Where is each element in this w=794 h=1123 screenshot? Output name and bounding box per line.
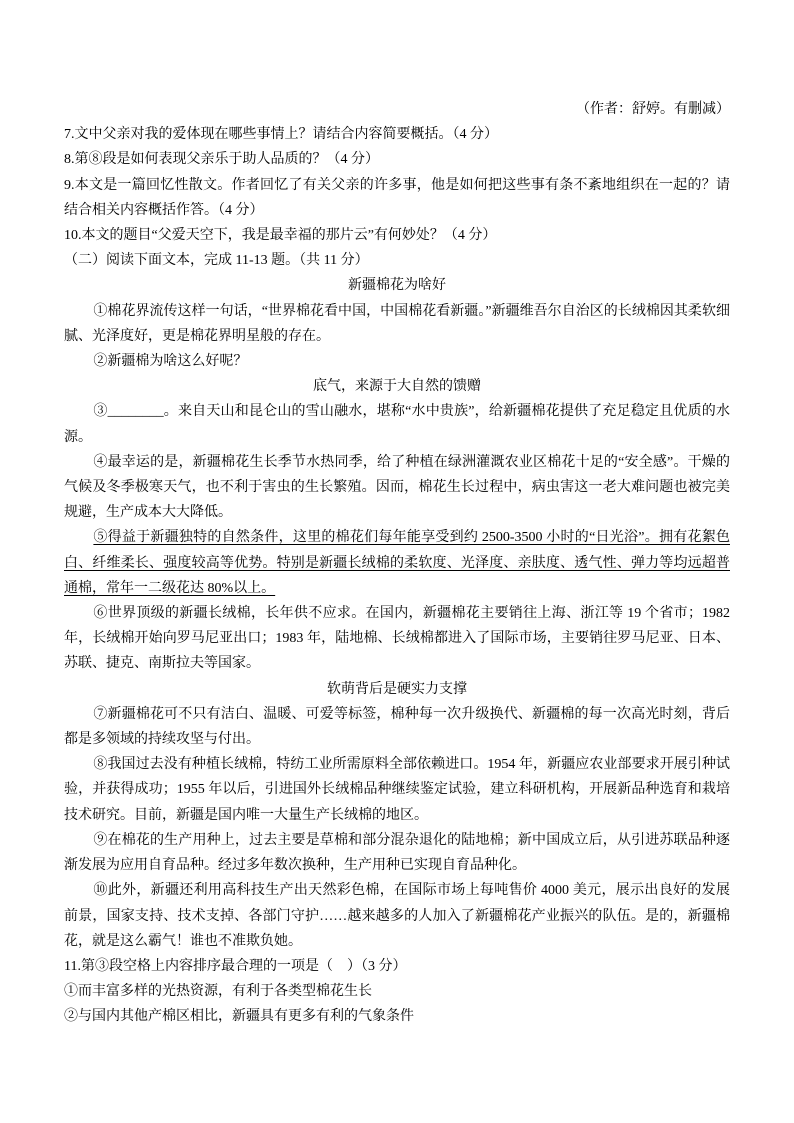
article-paragraph-9: ⑨在棉花的生产用种上，过去主要是草棉和部分混杂退化的陆地棉；新中国成立后，从引进… bbox=[64, 828, 730, 878]
question-10: 10.本文的题目“父爱天空下，我是最幸福的那片云”有何妙处？（4 分） bbox=[64, 223, 730, 248]
article-subheading-2: 软萌背后是硬实力支撑 bbox=[64, 677, 730, 702]
article-title: 新疆棉花为啥好 bbox=[64, 273, 730, 298]
question-8: 8.第⑧段是如何表现父亲乐于助人品质的？（4 分） bbox=[64, 147, 730, 172]
question-11-option-2: ②与国内其他产棉区相比，新疆具有更多有利的气象条件 bbox=[64, 1004, 730, 1029]
article-subheading-1: 底气，来源于大自然的馈赠 bbox=[64, 374, 730, 399]
article-paragraph-7: ⑦新疆棉花可不只有洁白、温暖、可爱等标签，棉种每一次升级换代、新疆棉的每一次高光… bbox=[64, 702, 730, 752]
author-credit: （作者：舒婷。有删减） bbox=[64, 97, 730, 122]
article-paragraph-10: ⑩此外，新疆还利用高科技生产出天然彩色棉，在国际市场上每吨售价 4000 美元，… bbox=[64, 878, 730, 954]
question-9: 9.本文是一篇回忆性散文。作者回忆了有关父亲的许多事，他是如何把这些事有条不紊地… bbox=[64, 173, 730, 223]
section-two-heading: （二）阅读下面文本，完成 11-13 题。（共 11 分） bbox=[64, 248, 730, 273]
question-7: 7.文中父亲对我的爱体现在哪些事情上？请结合内容简要概括。（4 分） bbox=[64, 122, 730, 147]
document-page: （作者：舒婷。有删减） 7.文中父亲对我的爱体现在哪些事情上？请结合内容简要概括… bbox=[0, 0, 794, 1123]
article-paragraph-3: ③________。来自天山和昆仑山的雪山融水，堪称“水中贵族”，给新疆棉花提供… bbox=[64, 399, 730, 449]
article-paragraph-4: ④最幸运的是，新疆棉花生长季节水热同季，给了种植在绿洲灌溉农业区棉花十足的“安全… bbox=[64, 450, 730, 526]
article-paragraph-5-underlined: ⑤得益于新疆独特的自然条件，这里的棉花们每年能享受到约 2500-3500 小时… bbox=[64, 525, 730, 601]
article-paragraph-2: ②新疆棉为啥这么好呢？ bbox=[64, 349, 730, 374]
article-paragraph-6: ⑥世界顶级的新疆长绒棉，长年供不应求。在国内，新疆棉花主要销往上海、浙江等 19… bbox=[64, 601, 730, 677]
question-11-stem: 11.第③段空格上内容排序最合理的一项是（ ）（3 分） bbox=[64, 954, 730, 979]
article-paragraph-8: ⑧我国过去没有种植长绒棉，特纺工业所需原料全部依赖进口。1954 年，新疆应农业… bbox=[64, 752, 730, 828]
article-paragraph-1: ①棉花界流传这样一句话，“世界棉花看中国，中国棉花看新疆。”新疆维吾尔自治区的长… bbox=[64, 299, 730, 349]
question-11-option-1: ①而丰富多样的光热资源，有利于各类型棉花生长 bbox=[64, 979, 730, 1004]
